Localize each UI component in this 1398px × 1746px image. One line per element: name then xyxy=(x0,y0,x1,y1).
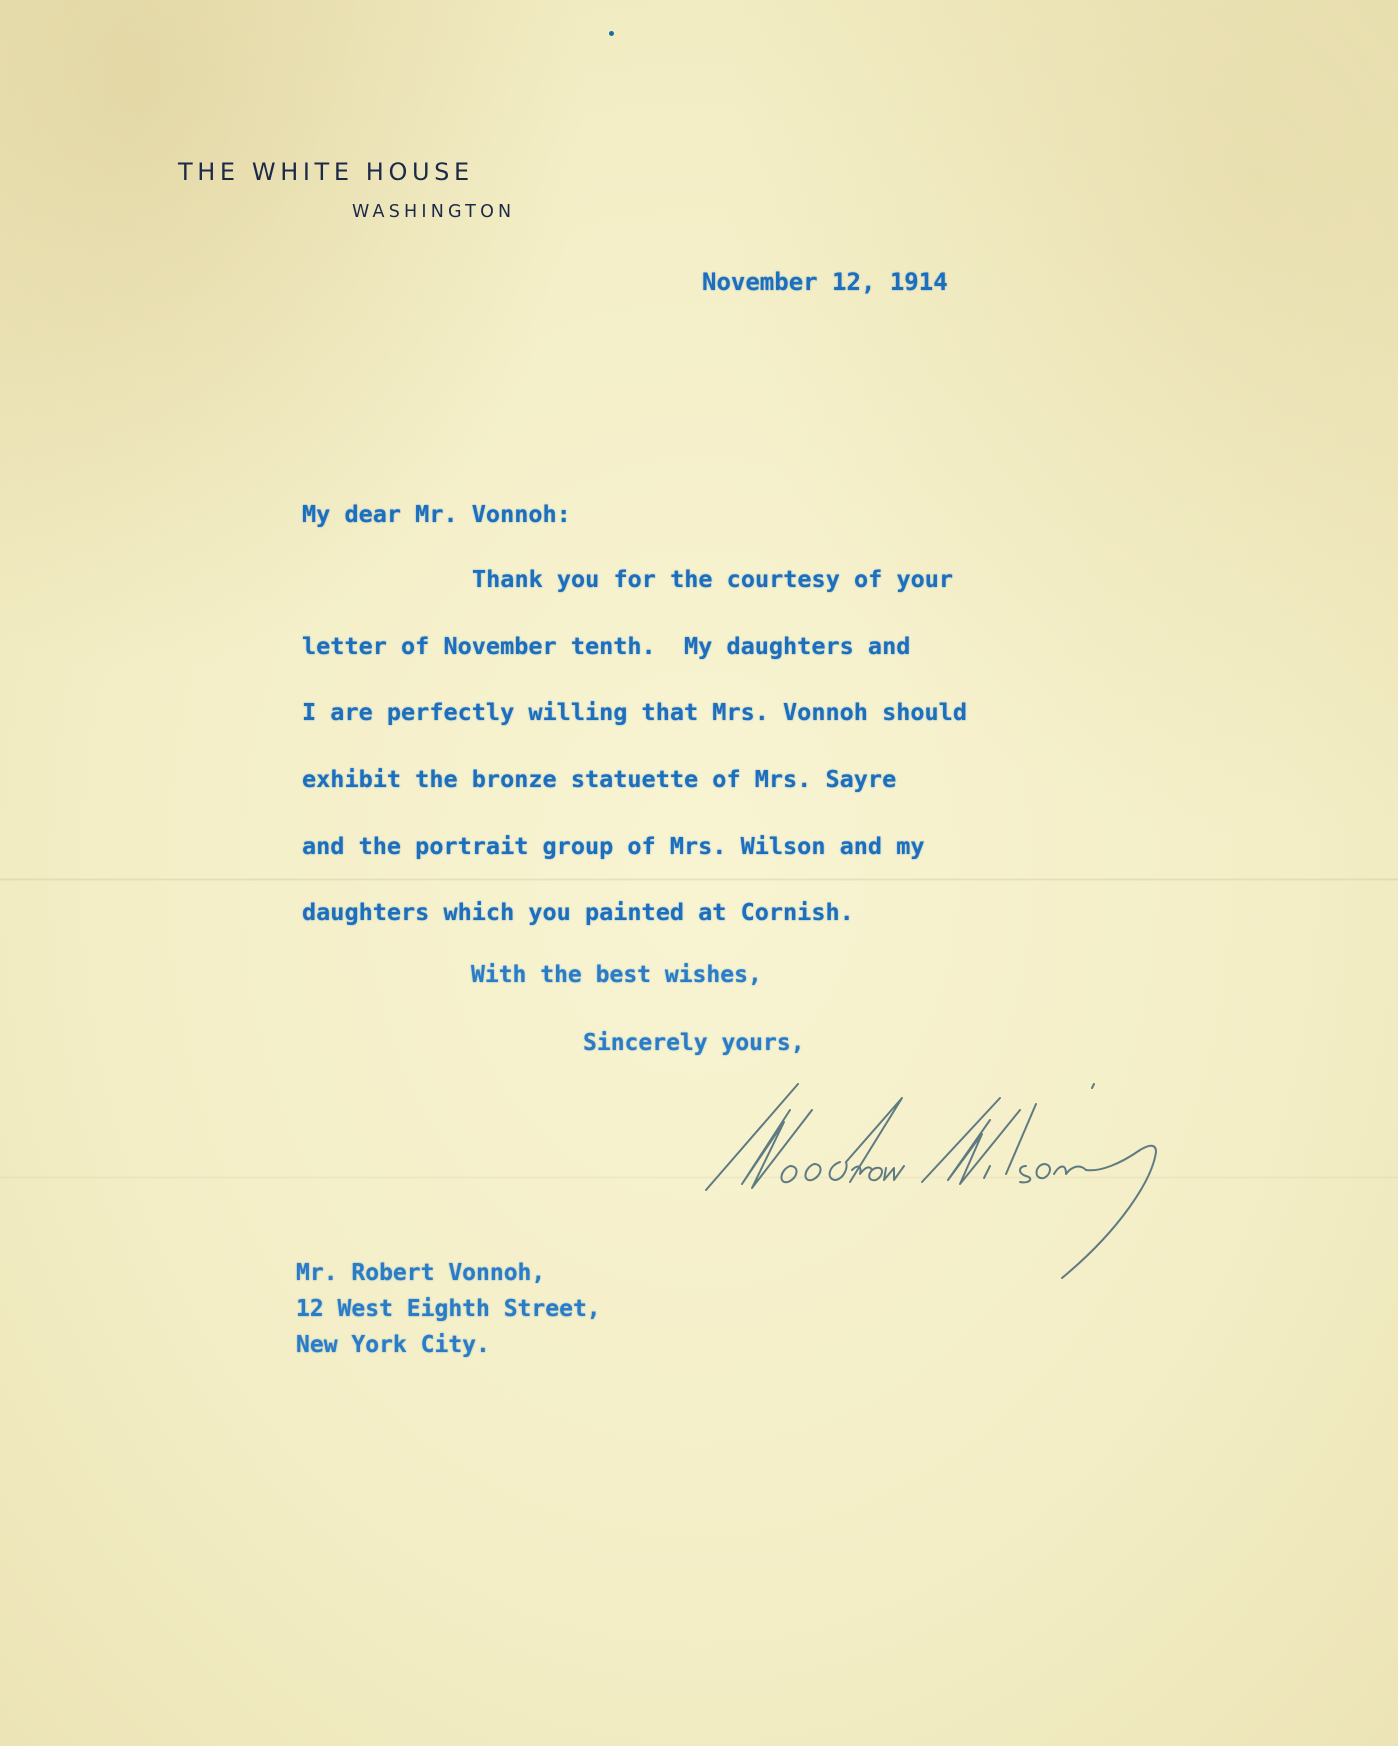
body-line: Thank you for the courtesy of your xyxy=(472,565,953,593)
letter-page: THE WHITE HOUSE WASHINGTON November 12, … xyxy=(0,0,1398,1746)
recipient-city: New York City. xyxy=(296,1332,490,1358)
body-line: daughters which you painted at Cornish. xyxy=(302,898,854,926)
recipient-street: 12 West Eighth Street, xyxy=(296,1296,601,1322)
closing-wishes: With the best wishes, xyxy=(471,962,762,988)
letter-date: November 12, 1914 xyxy=(702,268,948,296)
signature-woodrow-wilson xyxy=(690,1070,1210,1310)
body-line: exhibit the bronze statuette of Mrs. Say… xyxy=(302,765,896,793)
salutation: My dear Mr. Vonnoh: xyxy=(302,500,571,528)
letterhead-city: WASHINGTON xyxy=(352,202,515,222)
letterhead-title: THE WHITE HOUSE xyxy=(178,158,474,186)
body-line: and the portrait group of Mrs. Wilson an… xyxy=(302,832,925,860)
ink-spot xyxy=(609,31,614,36)
paper-fold-line xyxy=(0,878,1398,881)
body-line: I are perfectly willing that Mrs. Vonnoh… xyxy=(302,698,967,726)
closing-valediction: Sincerely yours, xyxy=(583,1030,805,1056)
recipient-name: Mr. Robert Vonnoh, xyxy=(296,1260,545,1286)
body-line: letter of November tenth. My daughters a… xyxy=(302,632,910,660)
